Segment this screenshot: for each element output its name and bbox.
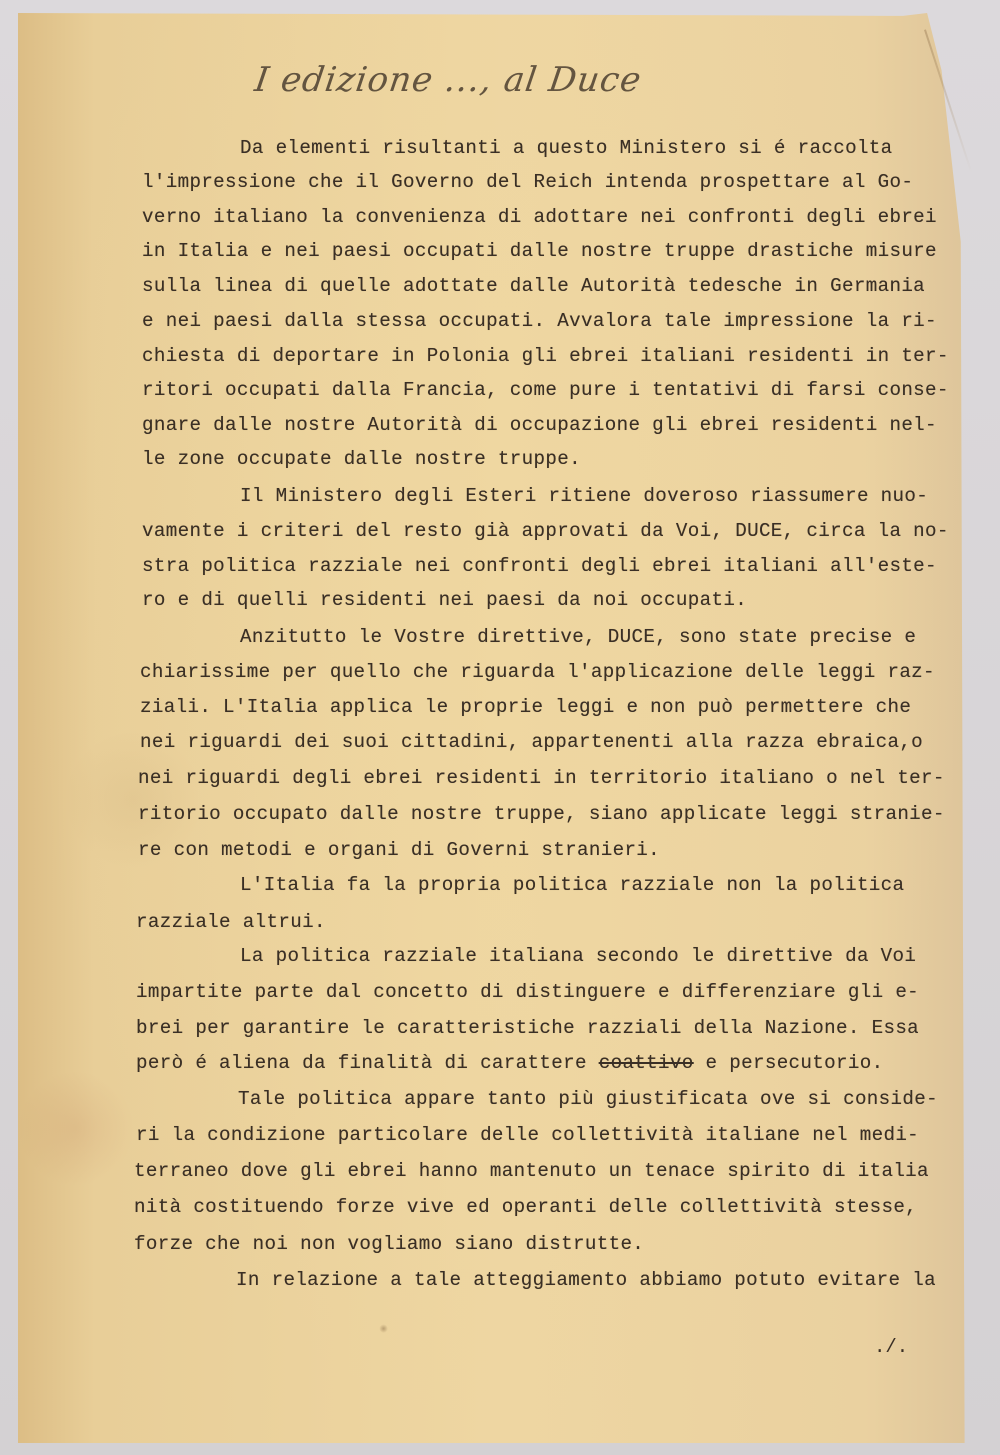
handwritten-annotation: I edizione ..., al Duce	[252, 60, 644, 100]
text-line: in Italia e nei paesi occupati dalle nos…	[142, 242, 937, 261]
text-line: Anzitutto le Vostre direttive, DUCE, son…	[240, 628, 916, 647]
text-line: forze che noi non vogliamo siano distrut…	[134, 1235, 644, 1254]
text-line: Il Ministero degli Esteri ritiene dovero…	[240, 487, 928, 506]
struck-word: coattivo	[599, 1052, 694, 1074]
text-line: chiesta di deportare in Polonia gli ebre…	[142, 347, 949, 366]
text-line: La politica razziale italiana secondo le…	[240, 947, 916, 966]
text-line: gnare dalle nostre Autorità di occupazio…	[142, 416, 937, 435]
text-line: In relazione a tale atteggiamento abbiam…	[236, 1271, 936, 1290]
text-line: terraneo dove gli ebrei hanno mantenuto …	[134, 1162, 929, 1181]
text-line: l'impressione che il Governo del Reich i…	[142, 173, 913, 192]
text-line: razziale altrui.	[136, 913, 326, 932]
text-line: Tale politica appare tanto più giustific…	[238, 1090, 938, 1109]
text-line: impartite parte dal concetto di distingu…	[136, 983, 919, 1002]
text-line: nità costituendo forze vive ed operanti …	[134, 1198, 917, 1217]
text-line: nei riguardi dei suoi cittadini, apparte…	[140, 733, 923, 752]
text-line: brei per garantire le caratteristiche ra…	[136, 1019, 919, 1038]
text-line: Da elementi risultanti a questo Minister…	[240, 139, 893, 158]
text-line: vamente i criteri del resto già approvat…	[142, 522, 949, 541]
text-line: sulla linea di quelle adottate dalle Aut…	[142, 277, 925, 296]
text-line: però é aliena da finalità di carattere c…	[136, 1054, 883, 1073]
text-line: ziali. L'Italia applica le proprie leggi…	[140, 698, 911, 717]
text-line: stra politica razziale nei confronti deg…	[142, 557, 937, 576]
text-line: ri la condizione particolare delle colle…	[136, 1126, 919, 1145]
text-line: nei riguardi degli ebrei residenti in te…	[138, 769, 945, 788]
text-line: chiarissime per quello che riguarda l'ap…	[140, 663, 935, 682]
text-line: e nei paesi dalla stessa occupati. Avval…	[142, 312, 937, 331]
text-line: ritori occupati dalla Francia, come pure…	[142, 381, 949, 400]
text-line: re con metodi e organi di Governi strani…	[138, 841, 660, 860]
text-line: le zone occupate dalle nostre truppe.	[142, 450, 581, 469]
continuation-mark: ./.	[874, 1336, 908, 1358]
text-line: verno italiano la convenienza di adottar…	[142, 208, 937, 227]
text-line: ro e di quelli residenti nei paesi da no…	[142, 591, 747, 610]
text-line: ritorio occupato dalle nostre truppe, si…	[138, 805, 945, 824]
text-line: L'Italia fa la propria politica razziale…	[240, 876, 904, 895]
